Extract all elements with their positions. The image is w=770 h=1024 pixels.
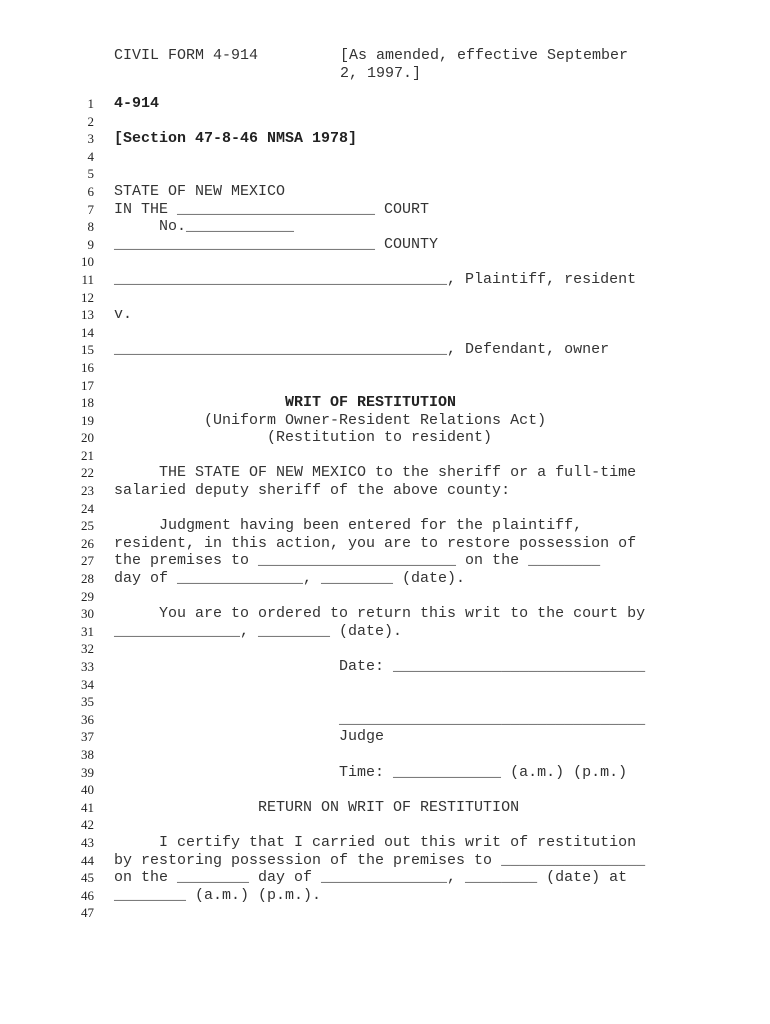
line-number: 29 xyxy=(72,588,94,606)
line-number: 7 xyxy=(72,201,94,219)
line-number: 38 xyxy=(72,746,94,764)
line-number: 18 xyxy=(72,394,94,412)
form-line: (Uniform Owner-Resident Relations Act) xyxy=(114,412,645,430)
line-number: 34 xyxy=(72,676,94,694)
line-number: 25 xyxy=(72,517,94,535)
line-number: 32 xyxy=(72,640,94,658)
line-number: 28 xyxy=(72,570,94,588)
form-line: [Section 47-8-46 NMSA 1978] xyxy=(114,130,645,148)
form-line-with-blank-field[interactable]: by restoring possession of the premises … xyxy=(114,852,645,870)
form-line-with-blank-field[interactable]: _____________________________________, D… xyxy=(114,341,645,359)
line-number: 45 xyxy=(72,869,94,887)
line-number: 27 xyxy=(72,552,94,570)
form-line xyxy=(114,113,645,131)
form-line-with-blank-field[interactable]: Date: ____________________________ xyxy=(114,658,645,676)
form-line xyxy=(114,500,645,518)
form-line xyxy=(114,588,645,606)
line-number: 12 xyxy=(72,289,94,307)
line-number: 6 xyxy=(72,183,94,201)
line-number: 36 xyxy=(72,711,94,729)
form-line xyxy=(114,148,645,166)
line-number: 35 xyxy=(72,693,94,711)
line-number: 11 xyxy=(72,271,94,289)
form-line-with-blank-field[interactable]: Time: ____________ (a.m.) (p.m.) xyxy=(114,764,645,782)
line-number: 30 xyxy=(72,605,94,623)
line-number: 42 xyxy=(72,816,94,834)
line-number: 23 xyxy=(72,482,94,500)
line-number: 47 xyxy=(72,904,94,922)
form-line xyxy=(114,693,645,711)
line-number: 2 xyxy=(72,113,94,131)
line-number: 3 xyxy=(72,130,94,148)
form-line xyxy=(114,359,645,377)
line-number: 13 xyxy=(72,306,94,324)
form-id: CIVIL FORM 4-914 xyxy=(114,47,258,65)
form-line-with-blank-field[interactable]: _____________________________ COUNTY xyxy=(114,236,645,254)
line-number: 19 xyxy=(72,412,94,430)
line-number: 26 xyxy=(72,535,94,553)
form-line: You are to ordered to return this writ t… xyxy=(114,605,645,623)
line-number: 1 xyxy=(72,95,94,113)
form-line-with-blank-field[interactable]: _____________________________________, P… xyxy=(114,271,645,289)
line-number: 24 xyxy=(72,500,94,518)
line-number: 21 xyxy=(72,447,94,465)
amended-line-1: [As amended, effective September xyxy=(340,47,628,64)
form-line xyxy=(114,640,645,658)
form-line-with-blank-field[interactable]: IN THE ______________________ COURT xyxy=(114,201,645,219)
line-number: 43 xyxy=(72,834,94,852)
line-number: 22 xyxy=(72,464,94,482)
form-line-with-blank-field[interactable]: ______________, ________ (date). xyxy=(114,623,645,641)
form-line xyxy=(114,165,645,183)
form-line: RETURN ON WRIT OF RESTITUTION xyxy=(114,799,645,817)
form-line xyxy=(114,676,645,694)
form-line xyxy=(114,253,645,271)
form-line xyxy=(114,289,645,307)
form-line: resident, in this action, you are to res… xyxy=(114,535,645,553)
form-line-with-blank-field[interactable]: ________ (a.m.) (p.m.). xyxy=(114,887,645,905)
line-number: 41 xyxy=(72,799,94,817)
form-line: v. xyxy=(114,306,645,324)
line-number: 46 xyxy=(72,887,94,905)
amended-note: [As amended, effective September 2, 1997… xyxy=(340,47,628,83)
form-line: (Restitution to resident) xyxy=(114,429,645,447)
line-number: 8 xyxy=(72,218,94,236)
form-line-with-blank-field[interactable]: the premises to ______________________ o… xyxy=(114,552,645,570)
line-number: 17 xyxy=(72,377,94,395)
line-number: 16 xyxy=(72,359,94,377)
line-number: 5 xyxy=(72,165,94,183)
line-number: 31 xyxy=(72,623,94,641)
form-line: STATE OF NEW MEXICO xyxy=(114,183,645,201)
form-line-with-blank-field[interactable]: __________________________________ xyxy=(114,711,645,729)
amended-line-2: 2, 1997.] xyxy=(340,65,421,82)
form-line-with-blank-field[interactable]: on the ________ day of ______________, _… xyxy=(114,869,645,887)
line-number: 37 xyxy=(72,728,94,746)
form-line: salaried deputy sheriff of the above cou… xyxy=(114,482,645,500)
form-line: I certify that I carried out this writ o… xyxy=(114,834,645,852)
line-number: 33 xyxy=(72,658,94,676)
form-line xyxy=(114,447,645,465)
form-line xyxy=(114,781,645,799)
form-line: THE STATE OF NEW MEXICO to the sheriff o… xyxy=(114,464,645,482)
line-number: 9 xyxy=(72,236,94,254)
form-line-with-blank-field[interactable]: No.____________ xyxy=(114,218,645,236)
form-line xyxy=(114,324,645,342)
line-number: 40 xyxy=(72,781,94,799)
line-number: 39 xyxy=(72,764,94,782)
line-number: 14 xyxy=(72,324,94,342)
document-page: CIVIL FORM 4-914 [As amended, effective … xyxy=(0,0,770,1024)
line-number-gutter: 1234567891011121314151617181920212223242… xyxy=(72,95,94,922)
line-number: 4 xyxy=(72,148,94,166)
form-line: 4-914 xyxy=(114,95,645,113)
form-line: Judge xyxy=(114,728,645,746)
form-line xyxy=(114,904,645,922)
form-body: 4-914[Section 47-8-46 NMSA 1978]STATE OF… xyxy=(114,95,645,922)
form-line xyxy=(114,746,645,764)
form-line xyxy=(114,816,645,834)
line-number: 15 xyxy=(72,341,94,359)
form-line: Judgment having been entered for the pla… xyxy=(114,517,645,535)
form-line: WRIT OF RESTITUTION xyxy=(114,394,645,412)
line-number: 20 xyxy=(72,429,94,447)
line-number: 44 xyxy=(72,852,94,870)
form-line-with-blank-field[interactable]: day of ______________, ________ (date). xyxy=(114,570,645,588)
form-line xyxy=(114,377,645,395)
line-number: 10 xyxy=(72,253,94,271)
